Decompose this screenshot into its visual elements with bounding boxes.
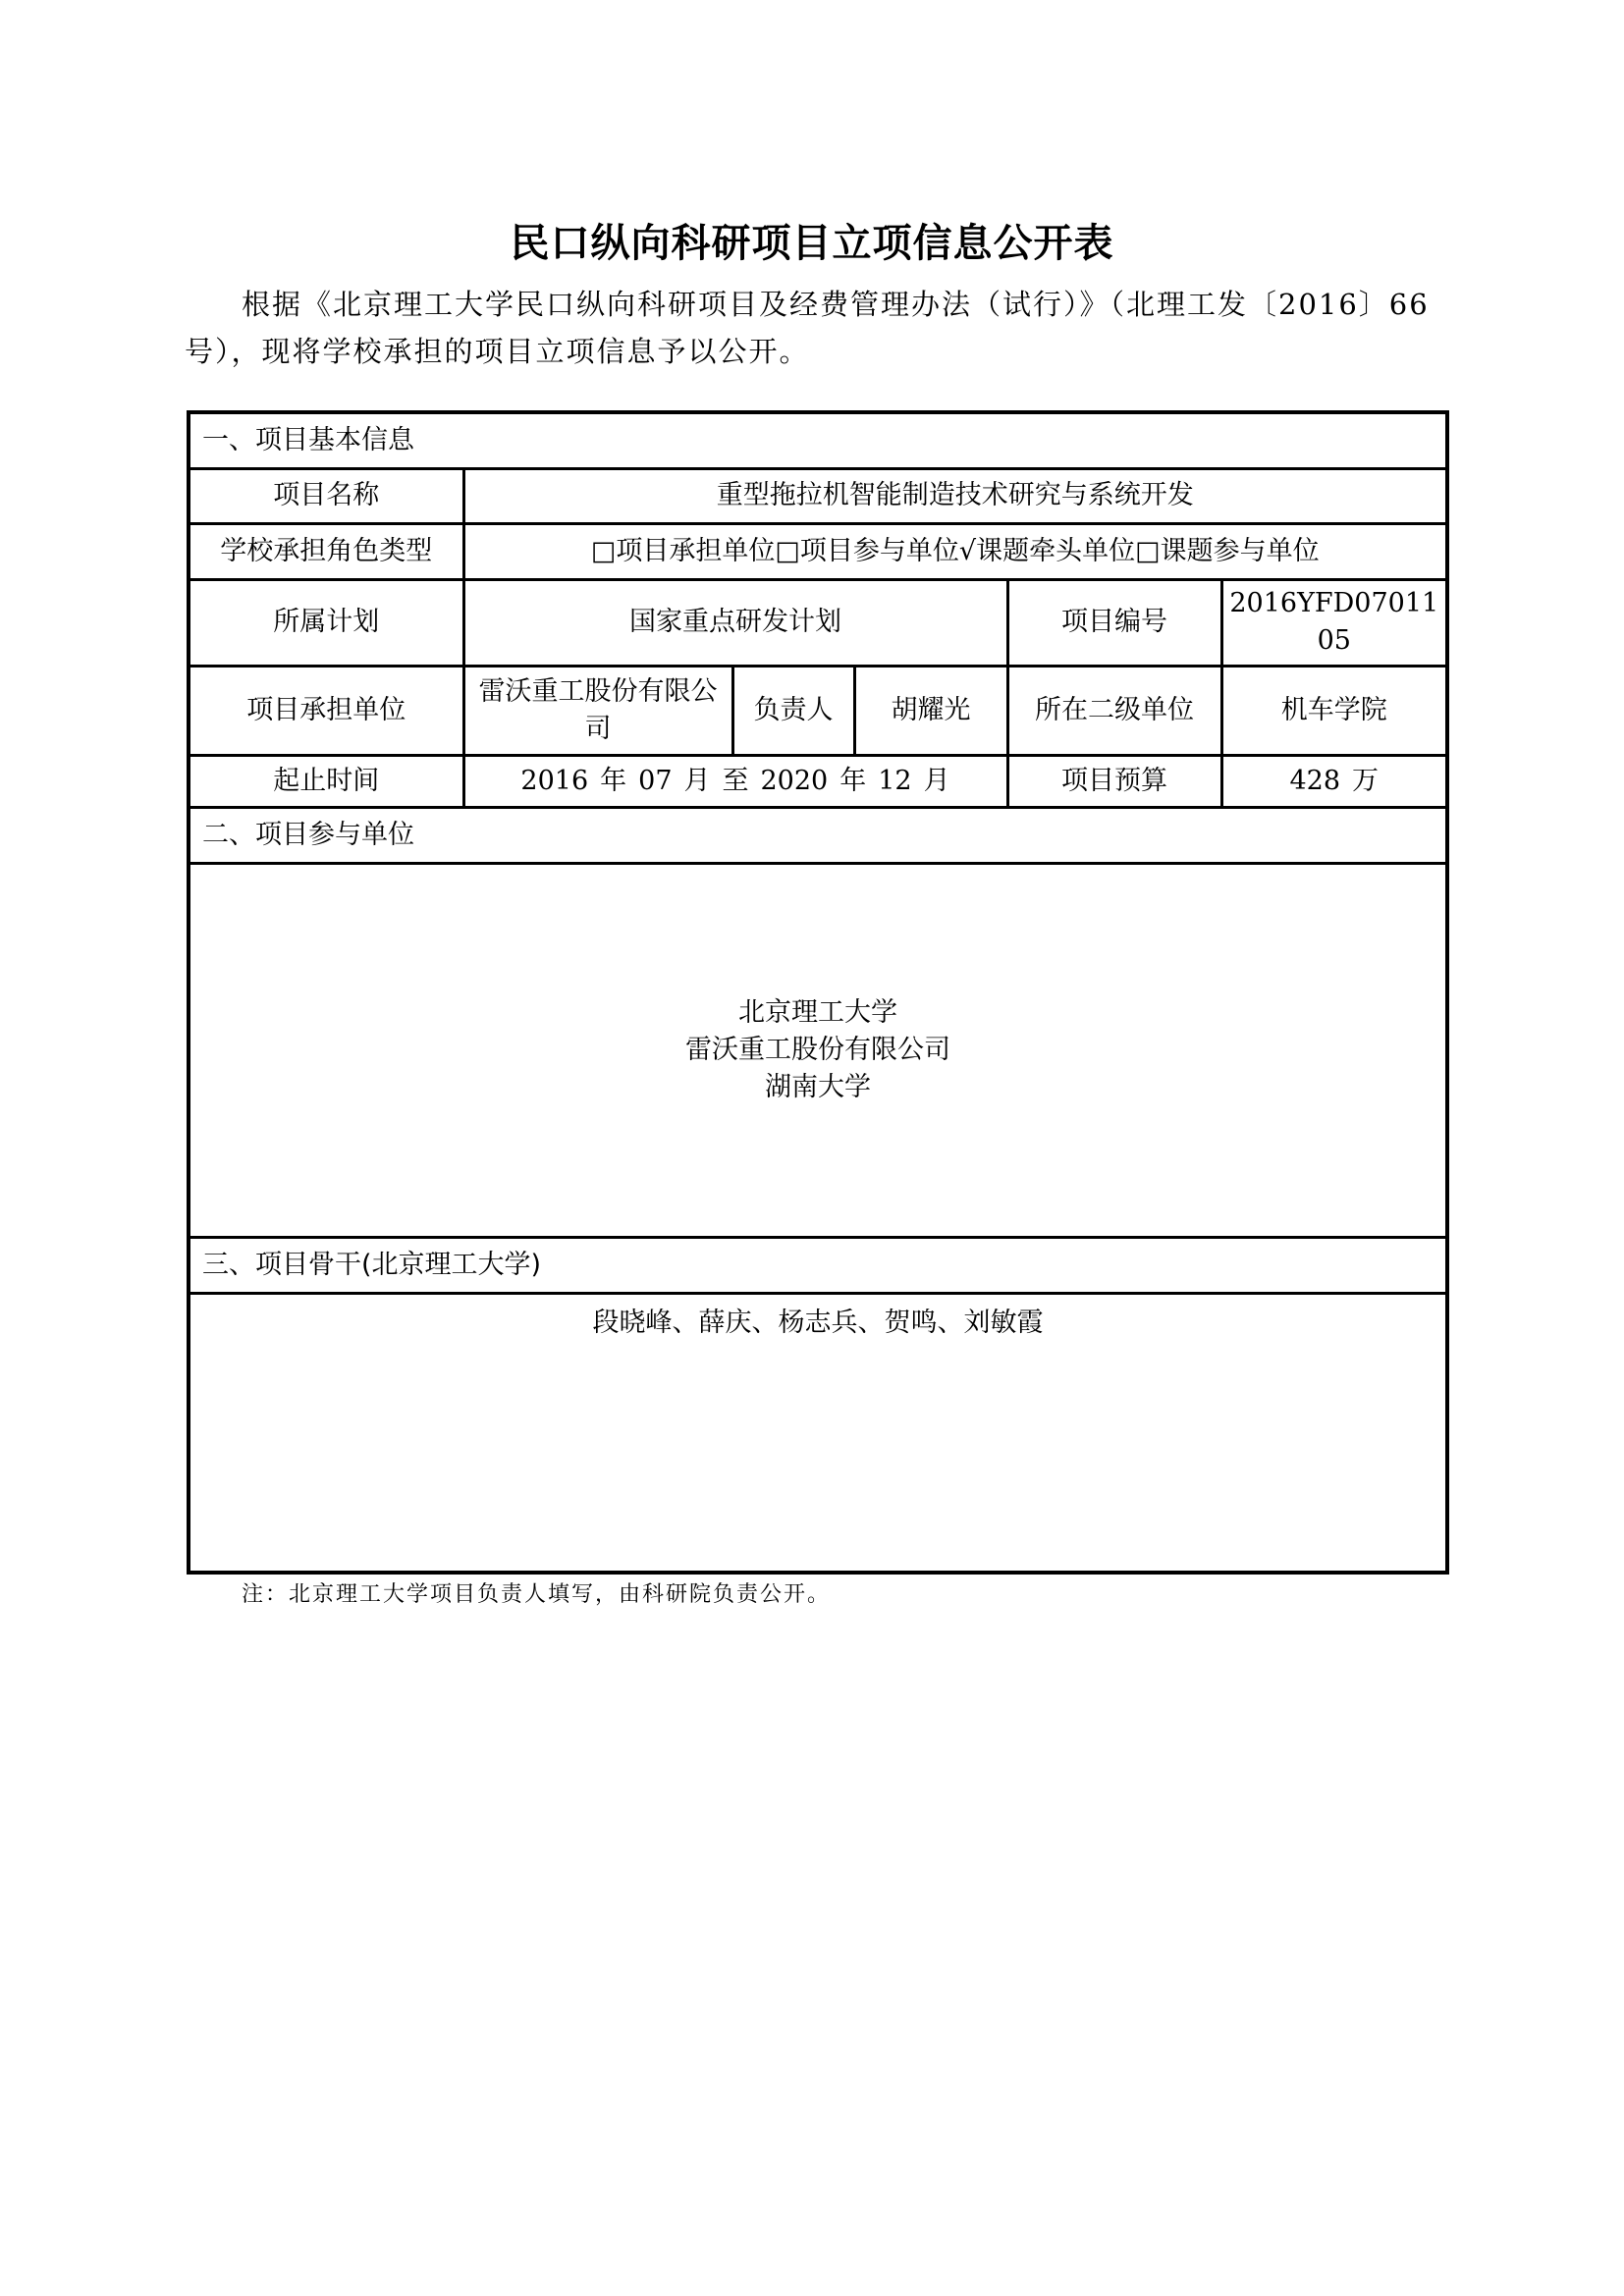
project-no-label: 项目编号 [1007,579,1221,666]
role-option-checkbox: □ [591,536,617,566]
footnote: 注：北京理工大学项目负责人填写，由科研院负责公开。 [242,1577,831,1608]
role-option-checkbox: □ [1135,536,1161,566]
role-type-label: 学校承担角色类型 [189,523,463,579]
plan-label: 所属计划 [189,579,463,666]
role-option-checkmark: √ [959,536,976,566]
role-option-label: 课题牵头单位 [976,536,1135,566]
plan-value: 国家重点研发计划 [463,579,1007,666]
role-option-label: 项目承担单位 [616,536,775,566]
budget-value: 428万 [1221,755,1447,807]
start-year: 2016 [520,766,588,796]
project-no-value: 2016YFD0701105 [1221,579,1447,666]
role-option-checkbox: □ [775,536,800,566]
end-year: 2020 [761,766,829,796]
to-label: 至 [723,766,749,796]
leader-value: 胡耀光 [854,666,1007,755]
project-name-label: 项目名称 [189,468,463,523]
dept-label: 所在二级单位 [1007,666,1221,755]
leader-label: 负责人 [732,666,854,755]
year-unit: 年 [839,766,866,796]
participant-item: 湖南大学 [196,1069,1439,1106]
role-option-label: 项目参与单位 [800,536,959,566]
members-cell: 段晓峰、薛庆、杨志兵、贺鸣、刘敏霞 [189,1293,1447,1573]
start-month: 07 [638,766,672,796]
participant-item: 北京理工大学 [196,994,1439,1032]
budget-unit: 万 [1352,766,1379,796]
role-option-label: 课题参与单位 [1161,536,1320,566]
budget-label: 项目预算 [1007,755,1221,807]
period-value: 2016年07月至2020年12月 [463,755,1007,807]
participant-item: 雷沃重工股份有限公司 [196,1032,1439,1069]
project-name-value: 重型拖拉机智能制造技术研究与系统开发 [463,468,1447,523]
section-1-heading: 一、项目基本信息 [189,412,1447,468]
month-unit: 月 [684,766,711,796]
undertaker-label: 项目承担单位 [189,666,463,755]
participants-cell: 北京理工大学 雷沃重工股份有限公司 湖南大学 [189,863,1447,1237]
section-2-heading: 二、项目参与单位 [189,807,1447,863]
end-month: 12 [878,766,911,796]
intro-paragraph: 根据《北京理工大学民口纵向科研项目及经费管理办法（试行）》（北理工发〔2016〕… [185,281,1446,375]
period-label: 起止时间 [189,755,463,807]
undertaker-value: 雷沃重工股份有限公司 [463,666,732,755]
section-3-heading: 三、项目骨干(北京理工大学) [189,1237,1447,1293]
year-unit: 年 [600,766,626,796]
budget-amount: 428 [1290,766,1341,796]
month-unit: 月 [924,766,950,796]
page-title: 民口纵向科研项目立项信息公开表 [0,212,1624,268]
project-info-table: 一、项目基本信息 项目名称 重型拖拉机智能制造技术研究与系统开发 学校承担角色类… [187,410,1449,1575]
dept-value: 机车学院 [1221,666,1447,755]
role-type-options: □项目承担单位□项目参与单位√课题牵头单位□课题参与单位 [463,523,1447,579]
